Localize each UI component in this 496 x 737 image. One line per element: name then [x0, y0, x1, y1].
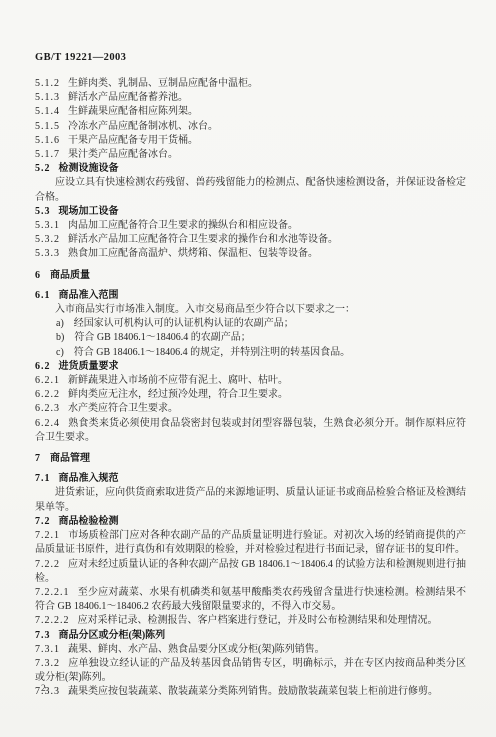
clause: 7.3.1蔬果、鲜肉、水产品、熟食品要分区或分柜(架)陈列销售。	[35, 643, 466, 657]
clause-number: 5.2	[35, 162, 51, 176]
clause-text: 入市商品实行市场准入制度。入市交易商品至少符合以下要求之一：	[55, 304, 355, 315]
list-item: a)经国家认可机构认可的认证机构认证的农副产品；	[35, 317, 466, 331]
clause-number: 7.2.1	[35, 529, 60, 543]
clause-number: 5.3	[35, 205, 51, 219]
clause-text: 符合 GB 18406.1～18406.4 的规定，并特别注明的转基因食品。	[74, 347, 350, 358]
clause-text: 应设立具有快速检测农药残留、兽药残留能力的检测点、配备快速检测设备，并保证设备检…	[35, 177, 466, 202]
clause-text: 应对未经过质量认证的各种农副产品按 GB 18406.1～18406.4 的试验…	[35, 559, 466, 584]
clause-text: 新鲜蔬果进入市场前不应带有泥土、腐叶、枯叶。	[68, 375, 288, 386]
clause-number: 7.3.3	[35, 685, 60, 699]
chapter-heading: 6商品质量	[35, 269, 466, 283]
clause-title: 商品管理	[50, 453, 90, 464]
clause-number: 6	[35, 269, 41, 283]
chapter-heading: 7商品管理	[35, 452, 466, 466]
clause: 7.2.1市场质检部门应对各种农副产品的产品质量证明进行验证。对初次入场的经销商…	[35, 529, 466, 557]
clause-number: 5.1.2	[35, 77, 60, 91]
clause-text: 应对采样记录、检测报告、客户档案进行登记，并及时公布检测结果和处理情况。	[78, 615, 438, 626]
clause-text: 鲜肉类应无注水，经过预冷处理，符合卫生要求。	[68, 389, 288, 400]
clause-heading: 6.2进货质量要求	[35, 360, 466, 374]
clause-number: 7.2	[35, 515, 51, 529]
clause-text: 应单独设立经认证的产品及转基因食品销售专区，明确标示，并在专区内按商品种类分区或…	[35, 658, 466, 683]
clause-text: 蔬果类应按包装蔬菜、散装蔬菜分类陈列销售。鼓励散装蔬菜包装上柜前进行修剪。	[68, 686, 438, 697]
clause-text: 熟食类来货必须使用食品袋密封包装或封闭型容器包装，生熟食必须分开。制作原料应符合…	[35, 418, 466, 443]
clause: 6.2.1新鲜蔬果进入市场前不应带有泥土、腐叶、枯叶。	[35, 374, 466, 388]
clause-number: 7.2.2	[35, 558, 60, 572]
standard-number-header: GB/T 19221—2003	[35, 52, 126, 63]
clause-number: 6.2.2	[35, 388, 60, 402]
clause-text: 肉品加工应配备符合卫生要求的操纵台和相应设备。	[68, 220, 298, 231]
clause-text: 进货索证，应向供货商索取进货产品的来源地证明、质量认证证书或商品检验合格证及检测…	[35, 487, 466, 512]
clause: 7.2.2应对未经过质量认证的各种农副产品按 GB 18406.1～18406.…	[35, 558, 466, 586]
clause-number: 7	[35, 452, 41, 466]
clause-text: 果汁类产品应配备冰台。	[68, 149, 178, 160]
document-page: GB/T 19221—2003 5.1.2生鲜肉类、乳制品、豆制品应配备中温柜。…	[0, 0, 496, 737]
clause-number: 7.3.2	[35, 657, 60, 671]
clause-text: 蔬果、鲜肉、水产品、熟食品要分区或分柜(架)陈列销售。	[68, 644, 325, 655]
clause-number: 6.1	[35, 289, 51, 303]
clause-heading: 7.3商品分区或分柜(架)陈列	[35, 629, 466, 643]
clause-heading: 6.1商品准入范围	[35, 289, 466, 303]
clause: 5.3.3熟食加工应配备高温炉、烘烤箱、保温柜、包装等设备。	[35, 247, 466, 261]
clause-heading: 7.2商品检验检测	[35, 515, 466, 529]
clause-heading: 5.3现场加工设备	[35, 205, 466, 219]
paragraph: 进货索证，应向供货商索取进货产品的来源地证明、质量认证证书或商品检验合格证及检测…	[35, 486, 466, 514]
clause: 7.2.2.2应对采样记录、检测报告、客户档案进行登记，并及时公布检测结果和处理…	[35, 614, 466, 628]
clause-number: 6.2	[35, 360, 51, 374]
list-item: b)符合 GB 18406.1～18406.4 的农副产品；	[35, 331, 466, 345]
clause-text: 鲜活水产品加工应配备符合卫生要求的操作台和水池等设备。	[68, 234, 338, 245]
clause-number: 5.1.5	[35, 120, 60, 134]
clause-number: 7.2.2.2	[35, 614, 70, 628]
clause-title: 商品准入范围	[59, 290, 119, 301]
clause-title: 商品准入规范	[59, 473, 119, 484]
clause-text: 至少应对蔬菜、水果有机磷类和氨基甲酸酯类农药残留含量进行快速检测。检测结果不符合…	[35, 587, 466, 612]
paragraph: 入市商品实行市场准入制度。入市交易商品至少符合以下要求之一：	[35, 303, 466, 317]
clause-number: 5.3.1	[35, 219, 60, 233]
clause-number: 6.2.1	[35, 374, 60, 388]
clause: 5.1.4生鲜蔬果应配备相应陈列架。	[35, 105, 466, 119]
clause-title: 进货质量要求	[59, 361, 119, 372]
clause-text: 冷冻水产品应配备制冰机、冰台。	[68, 121, 218, 132]
clause-title: 商品分区或分柜(架)陈列	[59, 630, 166, 641]
clause-number: 5.1.4	[35, 105, 60, 119]
clause-number: 7.3	[35, 629, 51, 643]
clause: 5.1.2生鲜肉类、乳制品、豆制品应配备中温柜。	[35, 77, 466, 91]
list-item-label: b)	[56, 331, 64, 345]
clause-text: 经国家认可机构认可的认证机构认证的农副产品；	[74, 318, 294, 329]
clause: 5.1.7果汁类产品应配备冰台。	[35, 148, 466, 162]
list-item-label: c)	[56, 346, 64, 360]
clause-text: 熟食加工应配备高温炉、烘烤箱、保温柜、包装等设备。	[68, 248, 318, 259]
clause-number: 6.2.4	[35, 417, 60, 431]
clause-number: 5.1.7	[35, 148, 60, 162]
clause-number: 5.1.3	[35, 91, 60, 105]
clause: 5.1.5冷冻水产品应配备制冰机、冰台。	[35, 120, 466, 134]
clause-number: 7.2.2.1	[35, 586, 70, 600]
clause-text: 鲜活水产品应配备蓄养池。	[68, 92, 188, 103]
clause-title: 商品质量	[50, 270, 90, 281]
clause-title: 现场加工设备	[59, 206, 119, 217]
list-item: c)符合 GB 18406.1～18406.4 的规定，并特别注明的转基因食品。	[35, 346, 466, 360]
clause: 7.3.2应单独设立经认证的产品及转基因食品销售专区，明确标示，并在专区内按商品…	[35, 657, 466, 685]
clause: 5.3.1肉品加工应配备符合卫生要求的操纵台和相应设备。	[35, 219, 466, 233]
clause-number: 5.3.2	[35, 233, 60, 247]
document-content: 5.1.2生鲜肉类、乳制品、豆制品应配备中温柜。5.1.3鲜活水产品应配备蓄养池…	[35, 77, 466, 700]
clause-number: 7.1	[35, 472, 51, 486]
clause-text: 干果产品应配备专用干货桶。	[68, 135, 198, 146]
list-item-label: a)	[56, 317, 64, 331]
clause: 6.2.2鲜肉类应无注水，经过预冷处理，符合卫生要求。	[35, 388, 466, 402]
clause-number: 7.3.1	[35, 643, 60, 657]
page-number: 2	[41, 684, 46, 694]
clause: 7.3.3蔬果类应按包装蔬菜、散装蔬菜分类陈列销售。鼓励散装蔬菜包装上柜前进行修…	[35, 685, 466, 699]
clause: 7.2.2.1至少应对蔬菜、水果有机磷类和氨基甲酸酯类农药残留含量进行快速检测。…	[35, 586, 466, 614]
clause-title: 商品检验检测	[59, 516, 119, 527]
clause-text: 市场质检部门应对各种农副产品的产品质量证明进行验证。对初次入场的经销商提供的产品…	[35, 530, 466, 555]
clause-title: 检测设施设备	[59, 163, 119, 174]
clause-number: 5.1.6	[35, 134, 60, 148]
clause-heading: 7.1商品准入规范	[35, 472, 466, 486]
clause-number: 5.3.3	[35, 247, 60, 261]
paragraph: 应设立具有快速检测农药残留、兽药残留能力的检测点、配备快速检测设备，并保证设备检…	[35, 176, 466, 204]
clause: 6.2.4熟食类来货必须使用食品袋密封包装或封闭型容器包装，生熟食必须分开。制作…	[35, 417, 466, 445]
clause-text: 水产类应符合卫生要求。	[68, 403, 178, 414]
clause: 5.1.3鲜活水产品应配备蓄养池。	[35, 91, 466, 105]
clause-heading: 5.2检测设施设备	[35, 162, 466, 176]
clause: 5.1.6干果产品应配备专用干货桶。	[35, 134, 466, 148]
clause: 5.3.2鲜活水产品加工应配备符合卫生要求的操作台和水池等设备。	[35, 233, 466, 247]
clause-text: 生鲜蔬果应配备相应陈列架。	[68, 106, 198, 117]
clause-text: 符合 GB 18406.1～18406.4 的农副产品；	[74, 332, 250, 343]
clause-text: 生鲜肉类、乳制品、豆制品应配备中温柜。	[68, 78, 258, 89]
clause: 6.2.3水产类应符合卫生要求。	[35, 402, 466, 416]
clause-number: 6.2.3	[35, 402, 60, 416]
